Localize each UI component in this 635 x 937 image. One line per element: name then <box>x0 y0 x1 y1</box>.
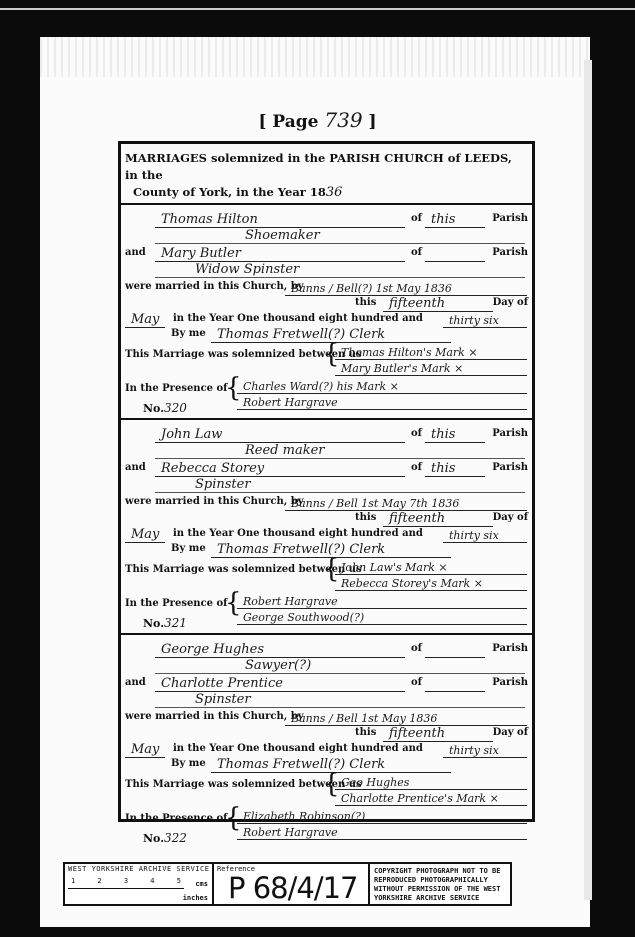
signature-bride: Mary Butler's Mark × <box>341 362 463 375</box>
header-year: 36 <box>326 185 343 200</box>
signatures-row: This Marriage was solemnized between us … <box>125 345 528 361</box>
married-by: Banns / Bell(?) 1st May 1836 <box>291 282 452 295</box>
groom-occupation: Shoemaker <box>245 228 320 243</box>
marriage-year-words: thirty six <box>449 529 499 542</box>
archive-footer: WEST YORKSHIRE ARCHIVE SERVICE 1 2 3 4 5… <box>63 862 512 906</box>
signature-bride: Rebecca Storey's Mark × <box>341 577 483 590</box>
bride-parish: this <box>431 461 455 476</box>
witness-2: Robert Hargrave <box>243 826 338 839</box>
header-line-1: MARRIAGES solemnized in the PARISH CHURC… <box>125 150 528 184</box>
witness-2: Robert Hargrave <box>243 396 338 409</box>
register-header: MARRIAGES solemnized in the PARISH CHURC… <box>121 144 532 203</box>
witness-2: George Southwood(?) <box>243 611 364 624</box>
married-by-row: were married in this Church, by Banns / … <box>125 496 528 512</box>
married-by: Banns / Bell 1st May 1836 <box>291 712 437 725</box>
marriage-entry: George Hughes of Parish Sawyer(?) and Ch… <box>121 633 532 848</box>
witnesses-row: In the Presence of { Charles Ward(?) his… <box>125 379 528 395</box>
cms-label: cms <box>195 880 208 888</box>
header-line-2: County of York, in the Year 1836 <box>125 184 528 201</box>
signature-groom: John Law's Mark × <box>341 561 448 574</box>
bride-row: and Charlotte Prentice of Parish <box>125 677 528 693</box>
groom-name: George Hughes <box>161 642 264 657</box>
bride-name: Rebecca Storey <box>161 461 264 476</box>
witnesses-row: In the Presence of { Robert Hargrave Geo… <box>125 594 528 610</box>
archive-name: WEST YORKSHIRE ARCHIVE SERVICE <box>68 865 209 873</box>
reference-code: P 68/4/17 <box>228 871 358 905</box>
copyright-notice: COPYRIGHT PHOTOGRAPH NOT TO BE REPRODUCE… <box>370 864 510 904</box>
marriage-month: May <box>131 312 159 327</box>
page-number-value: 739 <box>324 108 362 132</box>
groom-row: Thomas Hilton of this Parish <box>125 213 528 229</box>
marriage-month: May <box>131 527 159 542</box>
signatures-row: This Marriage was solemnized between us … <box>125 775 528 791</box>
inches-label: inches <box>183 894 208 902</box>
signature-groom: Geo Hughes <box>341 776 409 789</box>
sheet-edge-wear <box>40 37 590 77</box>
groom-row: John Law of this Parish <box>125 428 528 444</box>
signatures-row: This Marriage was solemnized between us … <box>125 560 528 576</box>
scale-ticks: 1 2 3 4 5 <box>71 877 190 885</box>
entry-number: No.320 <box>143 401 187 415</box>
groom-parish: this <box>431 212 455 227</box>
signature-bride: Charlotte Prentice's Mark × <box>341 792 499 805</box>
day-row: this fifteenth Day of <box>125 512 528 528</box>
officiant: Thomas Fretwell(?) Clerk <box>217 327 385 342</box>
marriage-day: fifteenth <box>389 511 445 526</box>
marriage-register-table: MARRIAGES solemnized in the PARISH CHURC… <box>118 141 535 822</box>
groom-occupation: Sawyer(?) <box>245 658 311 673</box>
officiant: Thomas Fretwell(?) Clerk <box>217 542 385 557</box>
day-row: this fifteenth Day of <box>125 727 528 743</box>
marriage-entry: John Law of this Parish Reed maker and R… <box>121 418 532 633</box>
scale-bar <box>68 888 184 889</box>
marriage-year-words: thirty six <box>449 744 499 757</box>
witness-1: Elizabeth Robinson(?) <box>243 810 365 823</box>
witness-1: Charles Ward(?) his Mark × <box>243 380 399 393</box>
officiant: Thomas Fretwell(?) Clerk <box>217 757 385 772</box>
bride-row: and Rebecca Storey of this Parish <box>125 462 528 478</box>
bride-name: Mary Butler <box>161 246 241 261</box>
page-number: [ Page 739 ] <box>0 108 635 132</box>
groom-row: George Hughes of Parish <box>125 643 528 659</box>
bride-condition: Widow Spinster <box>195 262 299 277</box>
bride-condition: Spinster <box>195 477 251 492</box>
scale-ruler: WEST YORKSHIRE ARCHIVE SERVICE 1 2 3 4 5… <box>65 864 214 904</box>
groom-name: John Law <box>161 427 222 442</box>
married-by-row: were married in this Church, by Banns / … <box>125 711 528 727</box>
reference-box: Reference P 68/4/17 <box>214 864 370 904</box>
bride-row: and Mary Butler of Parish <box>125 247 528 263</box>
witnesses-row: In the Presence of { Elizabeth Robinson(… <box>125 809 528 825</box>
groom-parish: this <box>431 427 455 442</box>
bride-name: Charlotte Prentice <box>161 676 283 691</box>
groom-name: Thomas Hilton <box>161 212 258 227</box>
entries-list: Thomas Hilton of this Parish Shoemaker a… <box>121 203 532 848</box>
marriage-year-words: thirty six <box>449 314 499 327</box>
entry-number: No.322 <box>143 831 187 845</box>
groom-occupation: Reed maker <box>245 443 325 458</box>
marriage-entry: Thomas Hilton of this Parish Shoemaker a… <box>121 203 532 418</box>
entry-number: No.321 <box>143 616 187 630</box>
marriage-day: fifteenth <box>389 726 445 741</box>
day-row: this fifteenth Day of <box>125 297 528 313</box>
binding-strip <box>584 60 592 900</box>
marriage-day: fifteenth <box>389 296 445 311</box>
page-label: Page <box>272 112 318 132</box>
signature-groom: Thomas Hilton's Mark × <box>341 346 478 359</box>
top-frame-line <box>0 8 635 10</box>
witness-1: Robert Hargrave <box>243 595 338 608</box>
bride-condition: Spinster <box>195 692 251 707</box>
marriage-month: May <box>131 742 159 757</box>
married-by: Banns / Bell 1st May 7th 1836 <box>291 497 459 510</box>
married-by-row: were married in this Church, by Banns / … <box>125 281 528 297</box>
